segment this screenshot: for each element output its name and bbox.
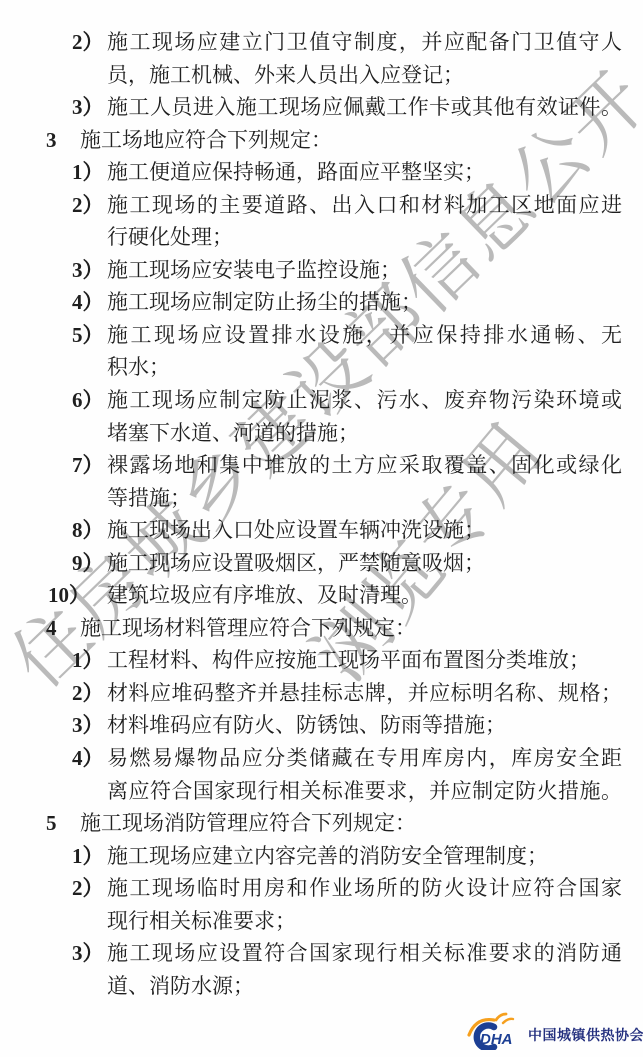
doc-line: 积水；	[0, 351, 643, 384]
doc-line: 3）材料堆码应有防火、防锈蚀、防雨等措施；	[0, 709, 643, 742]
line-text: 施工便道应保持畅通，路面应平整坚实；	[107, 156, 622, 189]
doc-line: 5施工现场消防管理应符合下列规定：	[0, 807, 643, 840]
item-marker: 1）	[72, 156, 107, 189]
item-marker: 2）	[72, 189, 107, 222]
doc-line: 1）工程材料、构件应按施工现场平面布置图分类堆放；	[0, 644, 643, 677]
line-text: 施工现场应设置符合国家现行相关标准要求的消防通	[107, 937, 622, 970]
line-text: 施工现场的主要道路、出入口和材料加工区地面应进	[107, 189, 622, 222]
line-text: 裸露场地和集中堆放的土方应采取覆盖、固化或绿化	[107, 449, 622, 482]
line-text: 施工现场应制定防止扬尘的措施；	[107, 286, 622, 319]
line-text: 施工现场应设置吸烟区，严禁随意吸烟；	[107, 547, 622, 580]
line-text: 易燃易爆物品应分类储藏在专用库房内，库房安全距	[107, 742, 622, 775]
line-text: 施工现场应建立内容完善的消防安全管理制度；	[107, 840, 622, 873]
item-marker: 2）	[72, 26, 107, 59]
doc-line: 4）施工现场应制定防止扬尘的措施；	[0, 286, 643, 319]
line-text: 等措施；	[107, 482, 622, 515]
item-marker: 3	[46, 124, 80, 157]
doc-line: 3）施工人员进入施工现场应佩戴工作卡或其他有效证件。	[0, 91, 643, 124]
doc-line: 4施工现场材料管理应符合下列规定：	[0, 612, 643, 645]
line-text: 材料应堆码整齐并悬挂标志牌，并应标明名称、规格；	[107, 677, 622, 710]
line-text: 施工现场应设置排水设施，并应保持排水通畅、无	[107, 319, 622, 352]
doc-line: 道、消防水源；	[0, 970, 643, 1003]
line-text: 建筑垃圾应有序堆放、及时清理。	[107, 579, 622, 612]
line-text: 离应符合国家现行相关标准要求，并应制定防火措施。	[107, 775, 622, 808]
item-marker: 4）	[72, 742, 107, 775]
line-text: 现行相关标准要求；	[107, 905, 622, 938]
doc-line: 行硬化处理；	[0, 221, 643, 254]
doc-line: 堵塞下水道、河道的措施；	[0, 417, 643, 450]
line-text: 道、消防水源；	[107, 970, 622, 1003]
doc-line: 2）施工现场临时用房和作业场所的防火设计应符合国家	[0, 872, 643, 905]
item-marker: 10）	[48, 579, 107, 612]
line-text: 施工现场应制定防止泥浆、污水、废弃物污染环境或	[107, 384, 622, 417]
item-marker: 2）	[72, 677, 107, 710]
doc-line: 1）施工便道应保持畅通，路面应平整坚实；	[0, 156, 643, 189]
line-text: 施工现场出入口处应设置车辆冲洗设施；	[107, 514, 622, 547]
doc-line: 5）施工现场应设置排水设施，并应保持排水通畅、无	[0, 319, 643, 352]
cdha-logo: DHA 中国城镇供热协会	[461, 1010, 643, 1050]
line-text: 工程材料、构件应按施工现场平面布置图分类堆放；	[107, 644, 622, 677]
line-text: 积水；	[107, 351, 622, 384]
item-marker: 5）	[72, 319, 107, 352]
line-text: 员，施工机械、外来人员出入应登记；	[107, 59, 622, 92]
doc-line: 6）施工现场应制定防止泥浆、污水、废弃物污染环境或	[0, 384, 643, 417]
doc-line: 8）施工现场出入口处应设置车辆冲洗设施；	[0, 514, 643, 547]
item-marker: 1）	[72, 644, 107, 677]
doc-line: 3施工场地应符合下列规定：	[0, 124, 643, 157]
item-marker: 3）	[72, 937, 107, 970]
item-marker: 5	[46, 807, 80, 840]
doc-line: 1）施工现场应建立内容完善的消防安全管理制度；	[0, 840, 643, 873]
line-text: 施工现场材料管理应符合下列规定：	[80, 612, 622, 645]
item-marker: 8）	[72, 514, 107, 547]
line-text: 施工人员进入施工现场应佩戴工作卡或其他有效证件。	[107, 91, 622, 124]
line-text: 施工现场应安装电子监控设施；	[107, 254, 622, 287]
doc-line: 现行相关标准要求；	[0, 905, 643, 938]
doc-line: 2）材料应堆码整齐并悬挂标志牌，并应标明名称、规格；	[0, 677, 643, 710]
doc-line: 离应符合国家现行相关标准要求，并应制定防火措施。	[0, 775, 643, 808]
doc-line: 3）施工现场应安装电子监控设施；	[0, 254, 643, 287]
doc-line: 4）易燃易爆物品应分类储藏在专用库房内，库房安全距	[0, 742, 643, 775]
doc-line: 10）建筑垃圾应有序堆放、及时清理。	[0, 579, 643, 612]
item-marker: 3）	[72, 254, 107, 287]
doc-line: 员，施工机械、外来人员出入应登记；	[0, 59, 643, 92]
doc-line: 等措施；	[0, 482, 643, 515]
item-marker: 4	[46, 612, 80, 645]
logo-abbr: DHA	[480, 1031, 513, 1048]
doc-line: 7）裸露场地和集中堆放的土方应采取覆盖、固化或绿化	[0, 449, 643, 482]
line-text: 行硬化处理；	[107, 221, 622, 254]
item-marker: 9）	[72, 547, 107, 580]
item-marker: 7）	[72, 449, 107, 482]
document-page: 住房城乡建设部信息公开 浏览专用 2）施工现场应建立门卫值守制度，并应配备门卫值…	[0, 0, 643, 1057]
line-text: 材料堆码应有防火、防锈蚀、防雨等措施；	[107, 709, 622, 742]
item-marker: 4）	[72, 286, 107, 319]
item-marker: 2）	[72, 872, 107, 905]
line-text: 施工现场消防管理应符合下列规定：	[80, 807, 622, 840]
item-marker: 3）	[72, 709, 107, 742]
item-marker: 1）	[72, 840, 107, 873]
doc-line: 3）施工现场应设置符合国家现行相关标准要求的消防通	[0, 937, 643, 970]
cdha-logo-mark: DHA	[461, 1010, 525, 1050]
doc-line: 9）施工现场应设置吸烟区，严禁随意吸烟；	[0, 547, 643, 580]
logo-org-name: 中国城镇供热协会	[528, 1025, 643, 1045]
line-text: 施工现场临时用房和作业场所的防火设计应符合国家	[107, 872, 622, 905]
line-text: 施工现场应建立门卫值守制度，并应配备门卫值守人	[107, 26, 622, 59]
item-marker: 3）	[72, 91, 107, 124]
doc-line: 2）施工现场应建立门卫值守制度，并应配备门卫值守人	[0, 26, 643, 59]
line-text: 堵塞下水道、河道的措施；	[107, 417, 622, 450]
item-marker: 6）	[72, 384, 107, 417]
doc-line: 2）施工现场的主要道路、出入口和材料加工区地面应进	[0, 189, 643, 222]
document-body: 2）施工现场应建立门卫值守制度，并应配备门卫值守人员，施工机械、外来人员出入应登…	[0, 26, 643, 1002]
line-text: 施工场地应符合下列规定：	[80, 124, 622, 157]
